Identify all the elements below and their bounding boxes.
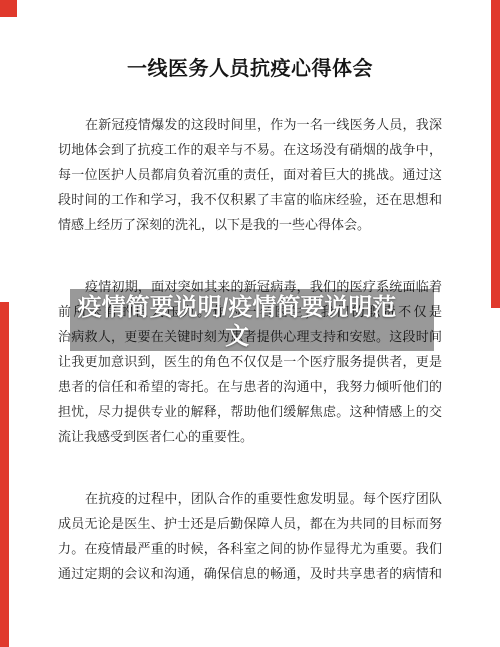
text-line: 力。在疫情最严重的时候，各科室之间的协作显得尤为重要。我们 [58,536,442,561]
text-line: 流让我感受到医者仁心的重要性。 [58,424,442,449]
document-page: 一线医务人员抗疫心得体会 在新冠疫情爆发的这段时间里，作为一名一线医务人员，我深… [0,0,500,647]
text-line: 在新冠疫情爆发的这段时间里，作为一名一线医务人员，我深 [58,112,442,137]
text-line: 通过定期的会议和沟通，确保信息的畅通，及时共享患者的病情和 [58,561,442,586]
watermark-text-line-2: 文 [75,322,399,351]
watermark-banner: 疫情简要说明/疫情简要说明范 文 [70,289,434,351]
text-line: 担忧，尽力提供专业的解释，帮助他们缓解焦虑。这种情感上的交 [58,399,442,424]
red-marker-right-bar [491,0,500,308]
text-line: 在抗疫的过程中，团队合作的重要性愈发明显。每个医疗团队 [58,486,442,511]
text-line: 成员无论是医生、护士还是后勤保障人员，都在为共同的目标而努 [58,511,442,536]
text-line: 段时间的工作和学习，我不仅积累了丰富的临床经验，还在思想和 [58,187,442,212]
text-line: 切地体会到了抗疫工作的艰辛与不易。在这场没有硝烟的战争中， [58,137,442,162]
paragraph-1: 在新冠疫情爆发的这段时间里，作为一名一线医务人员，我深 切地体会到了抗疫工作的艰… [58,112,442,237]
text-line: 情感上经历了深刻的洗礼，以下是我的一些心得体会。 [58,212,442,237]
page-title: 一线医务人员抗疫心得体会 [0,0,500,84]
text-line: 让我更加意识到，医生的角色不仅仅是一个医疗服务提供者，更是 [58,349,442,374]
red-marker-left-bar [0,302,9,647]
red-marker-top-left [0,0,17,17]
text-line: 每一位医护人员都肩负着沉重的责任，面对着巨大的挑战。通过这 [58,162,442,187]
paragraph-3: 在抗疫的过程中，团队合作的重要性愈发明显。每个医疗团队 成员无论是医生、护士还是… [58,486,442,586]
text-line: 患者的信任和希望的寄托。在与患者的沟通中，我努力倾听他们的 [58,374,442,399]
watermark-text-line-1: 疫情简要说明/疫情简要说明范 [75,293,399,322]
